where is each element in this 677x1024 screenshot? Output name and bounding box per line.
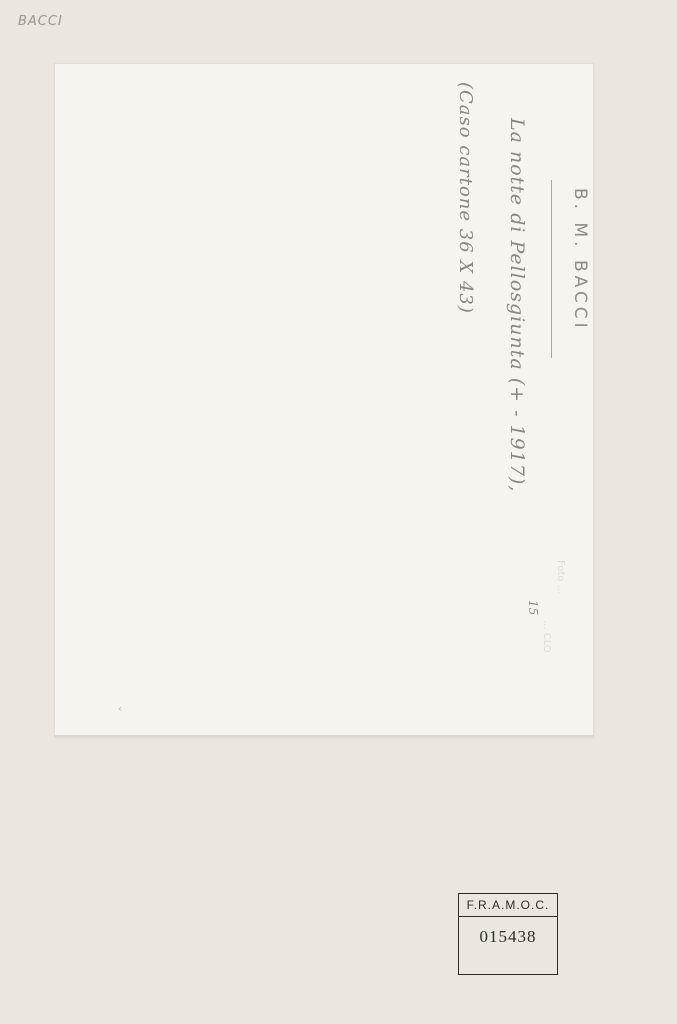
artist-underline — [551, 180, 552, 358]
corner-pencil-note: BACCI — [18, 14, 63, 29]
faint-photographer-stamp: Foto ... ... CLO — [522, 560, 572, 730]
faint-stamp-line: ... CLO — [541, 620, 552, 653]
title-inscription: La notte di Pellosgiunta (+ - 1917), — [506, 118, 528, 492]
artist-inscription: B. M. BACCI — [570, 188, 590, 332]
archive-stamp-number: 015438 — [459, 927, 557, 947]
medium-inscription: (Caso cartone 36 X 43) — [455, 82, 476, 314]
archive-stamp: F.R.A.M.O.C. 015438 — [458, 893, 558, 975]
archive-stamp-header: F.R.A.M.O.C. — [459, 894, 557, 917]
faint-stamp-line: Foto ... — [555, 560, 566, 594]
pencil-mark: ‹ — [118, 702, 122, 715]
